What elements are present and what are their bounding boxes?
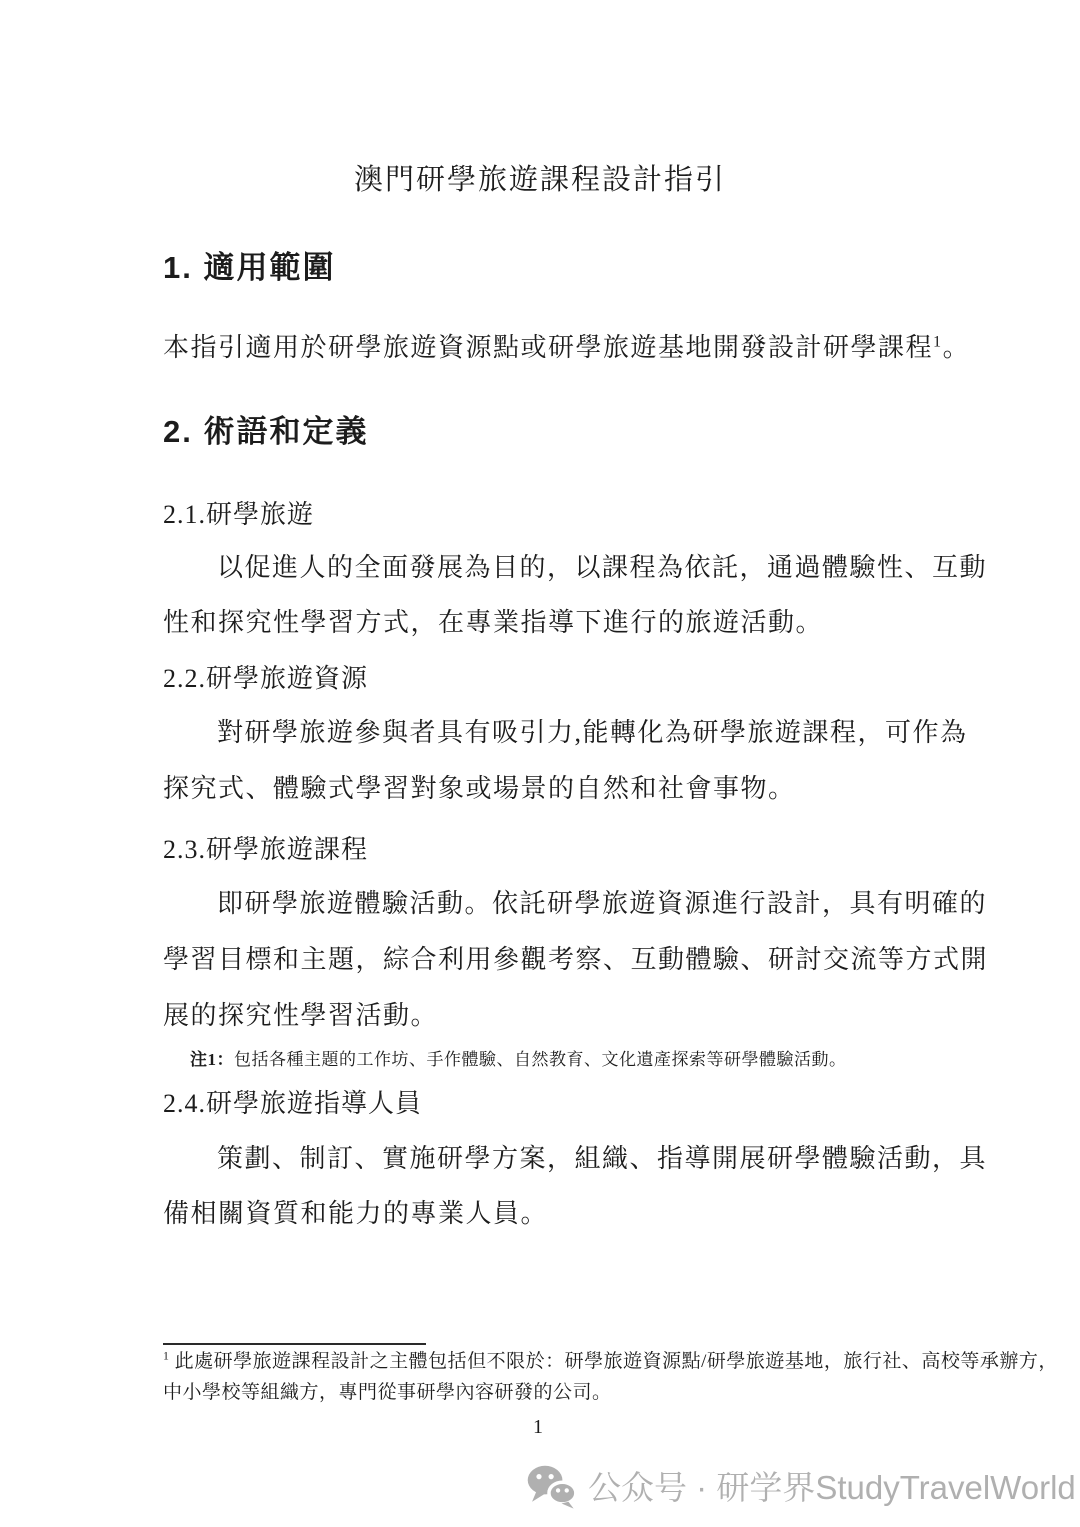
note-1-text: 包括各種主題的工作坊、手作體驗、自然教育、文化遺產探索等研學體驗活動。 — [234, 1050, 847, 1069]
note-1-label: 注1： — [190, 1050, 234, 1069]
document-title: 澳門研學旅遊課程設計指引 — [0, 166, 1080, 195]
subsection-2-2-heading: 2.2.研學旅遊資源 — [163, 666, 368, 692]
watermark: 公众号 · 研学界StudyTravelWorld — [526, 1462, 1076, 1512]
document-page: 澳門研學旅遊課程設計指引 1. 適用範圍 本指引適用於研學旅遊資源點或研學旅遊基… — [0, 0, 1080, 1527]
footnote-text-1: 此處研學旅遊課程設計之主體包括但不限於：研學旅遊資源點/研學旅遊基地，旅行社、高… — [175, 1351, 1058, 1372]
section-1-paragraph-text: 本指引適用於研學旅遊資源點或研學旅遊基地開發設計研學課程 — [163, 333, 933, 362]
page-number: 1 — [0, 1417, 1076, 1437]
subsection-2-4-line-2: 備相關資質和能力的專業人員。 — [163, 1201, 548, 1227]
section-1-paragraph-period: 。 — [943, 333, 971, 362]
subsection-2-1-heading: 2.1.研學旅遊 — [163, 502, 314, 528]
footnote-line-1: 1 此處研學旅遊課程設計之主體包括但不限於：研學旅遊資源點/研學旅遊基地，旅行社… — [163, 1352, 1058, 1371]
subsection-2-2-line-1: 對研學旅遊參與者具有吸引力,能轉化為研學旅遊課程，可作為 — [217, 720, 968, 746]
subsection-2-4-heading: 2.4.研學旅遊指導人員 — [163, 1091, 422, 1117]
subsection-2-3-line-2: 學習目標和主題，綜合利用參觀考察、互動體驗、研討交流等方式開 — [163, 947, 988, 973]
subsection-2-2-line-2: 探究式、體驗式學習對象或場景的自然和社會事物。 — [163, 776, 796, 802]
section-1-heading: 1. 適用範圍 — [163, 252, 335, 283]
subsection-2-1-line-2: 性和探究性學習方式，在專業指導下進行的旅遊活動。 — [163, 610, 823, 636]
subsection-2-1-line-1: 以促進人的全面發展為目的，以課程為依託，通過體驗性、互動 — [217, 555, 987, 581]
section-1-paragraph: 本指引適用於研學旅遊資源點或研學旅遊基地開發設計研學課程1。 — [163, 335, 970, 361]
watermark-text: 公众号 · 研学界StudyTravelWorld — [588, 1471, 1076, 1504]
subsection-2-3-line-3: 展的探究性學習活動。 — [163, 1003, 438, 1029]
section-2-heading: 2. 術語和定義 — [163, 416, 368, 447]
subsection-2-3-line-1: 即研學旅遊體驗活動。依託研學旅遊資源進行設計，具有明確的 — [217, 891, 987, 917]
footnote-number: 1 — [163, 1350, 169, 1363]
footnote-reference-mark: 1 — [933, 333, 943, 350]
subsection-2-3-heading: 2.3.研學旅遊課程 — [163, 837, 368, 863]
note-1: 注1：包括各種主題的工作坊、手作體驗、自然教育、文化遺產探索等研學體驗活動。 — [190, 1051, 847, 1068]
footnote-line-2: 中小學校等組織方，專門從事研學內容研發的公司。 — [163, 1383, 612, 1402]
wechat-icon — [526, 1464, 578, 1510]
footnote-separator-rule — [163, 1343, 426, 1345]
subsection-2-4-line-1: 策劃、制訂、實施研學方案，組織、指導開展研學體驗活動，具 — [217, 1146, 987, 1172]
